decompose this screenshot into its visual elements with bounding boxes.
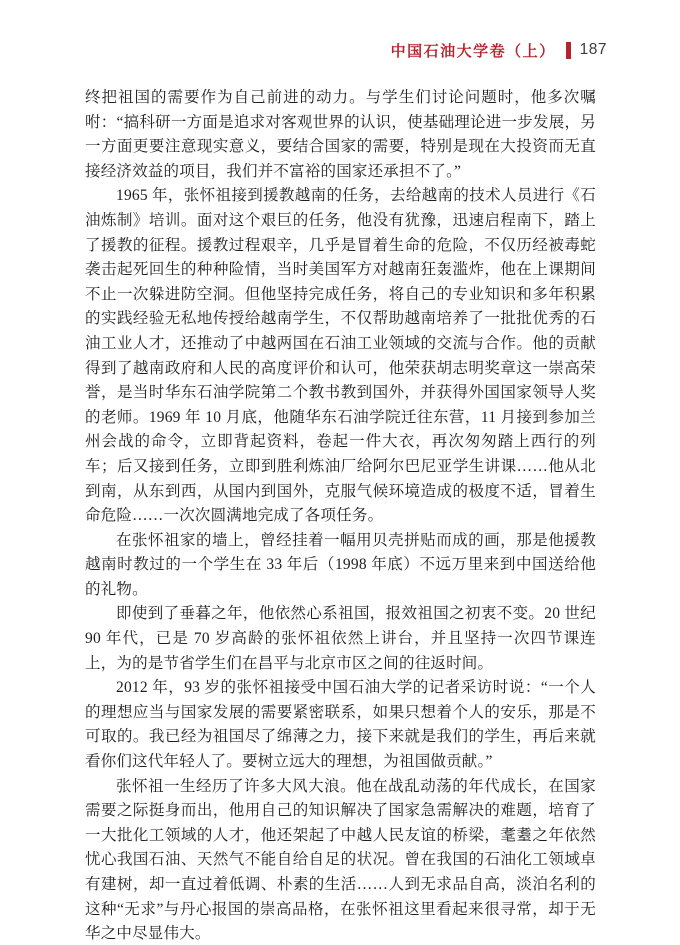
book-title: 中国石油大学卷（上） xyxy=(391,40,556,61)
running-header: 中国石油大学卷（上） 187 xyxy=(391,40,607,60)
paragraph: 2012 年，93 岁的张怀祖接受中国石油大学的记者采访时说：“一个人的理想应当… xyxy=(85,676,596,774)
paragraph-continuation: 终把祖国的需要作为自己前进的动力。与学生们讨论问题时，他多次嘱咐：“搞科研一方面… xyxy=(85,86,596,184)
book-page: 中国石油大学卷（上） 187 终把祖国的需要作为自己前进的动力。与学生们讨论问题… xyxy=(0,0,680,945)
paragraph: 即使到了垂暮之年，他依然心系祖国，报效祖国之初衷不变。20 世纪 90 年代，已… xyxy=(85,602,596,676)
body-text: 终把祖国的需要作为自己前进的动力。与学生们讨论问题时，他多次嘱咐：“搞科研一方面… xyxy=(85,86,596,945)
page-number: 187 xyxy=(580,41,607,59)
paragraph: 在张怀祖家的墙上，曾经挂着一幅用贝壳拼贴而成的画，那是他援教越南时教过的一个学生… xyxy=(85,529,596,603)
paragraph: 张怀祖一生经历了许多大风大浪。他在战乱动荡的年代成长，在国家需要之际挺身而出，他… xyxy=(85,775,596,945)
paragraph: 1965 年，张怀祖接到援教越南的任务，去给越南的技术人员进行《石油炼制》培训。… xyxy=(85,184,596,528)
header-divider-bar xyxy=(566,42,571,59)
